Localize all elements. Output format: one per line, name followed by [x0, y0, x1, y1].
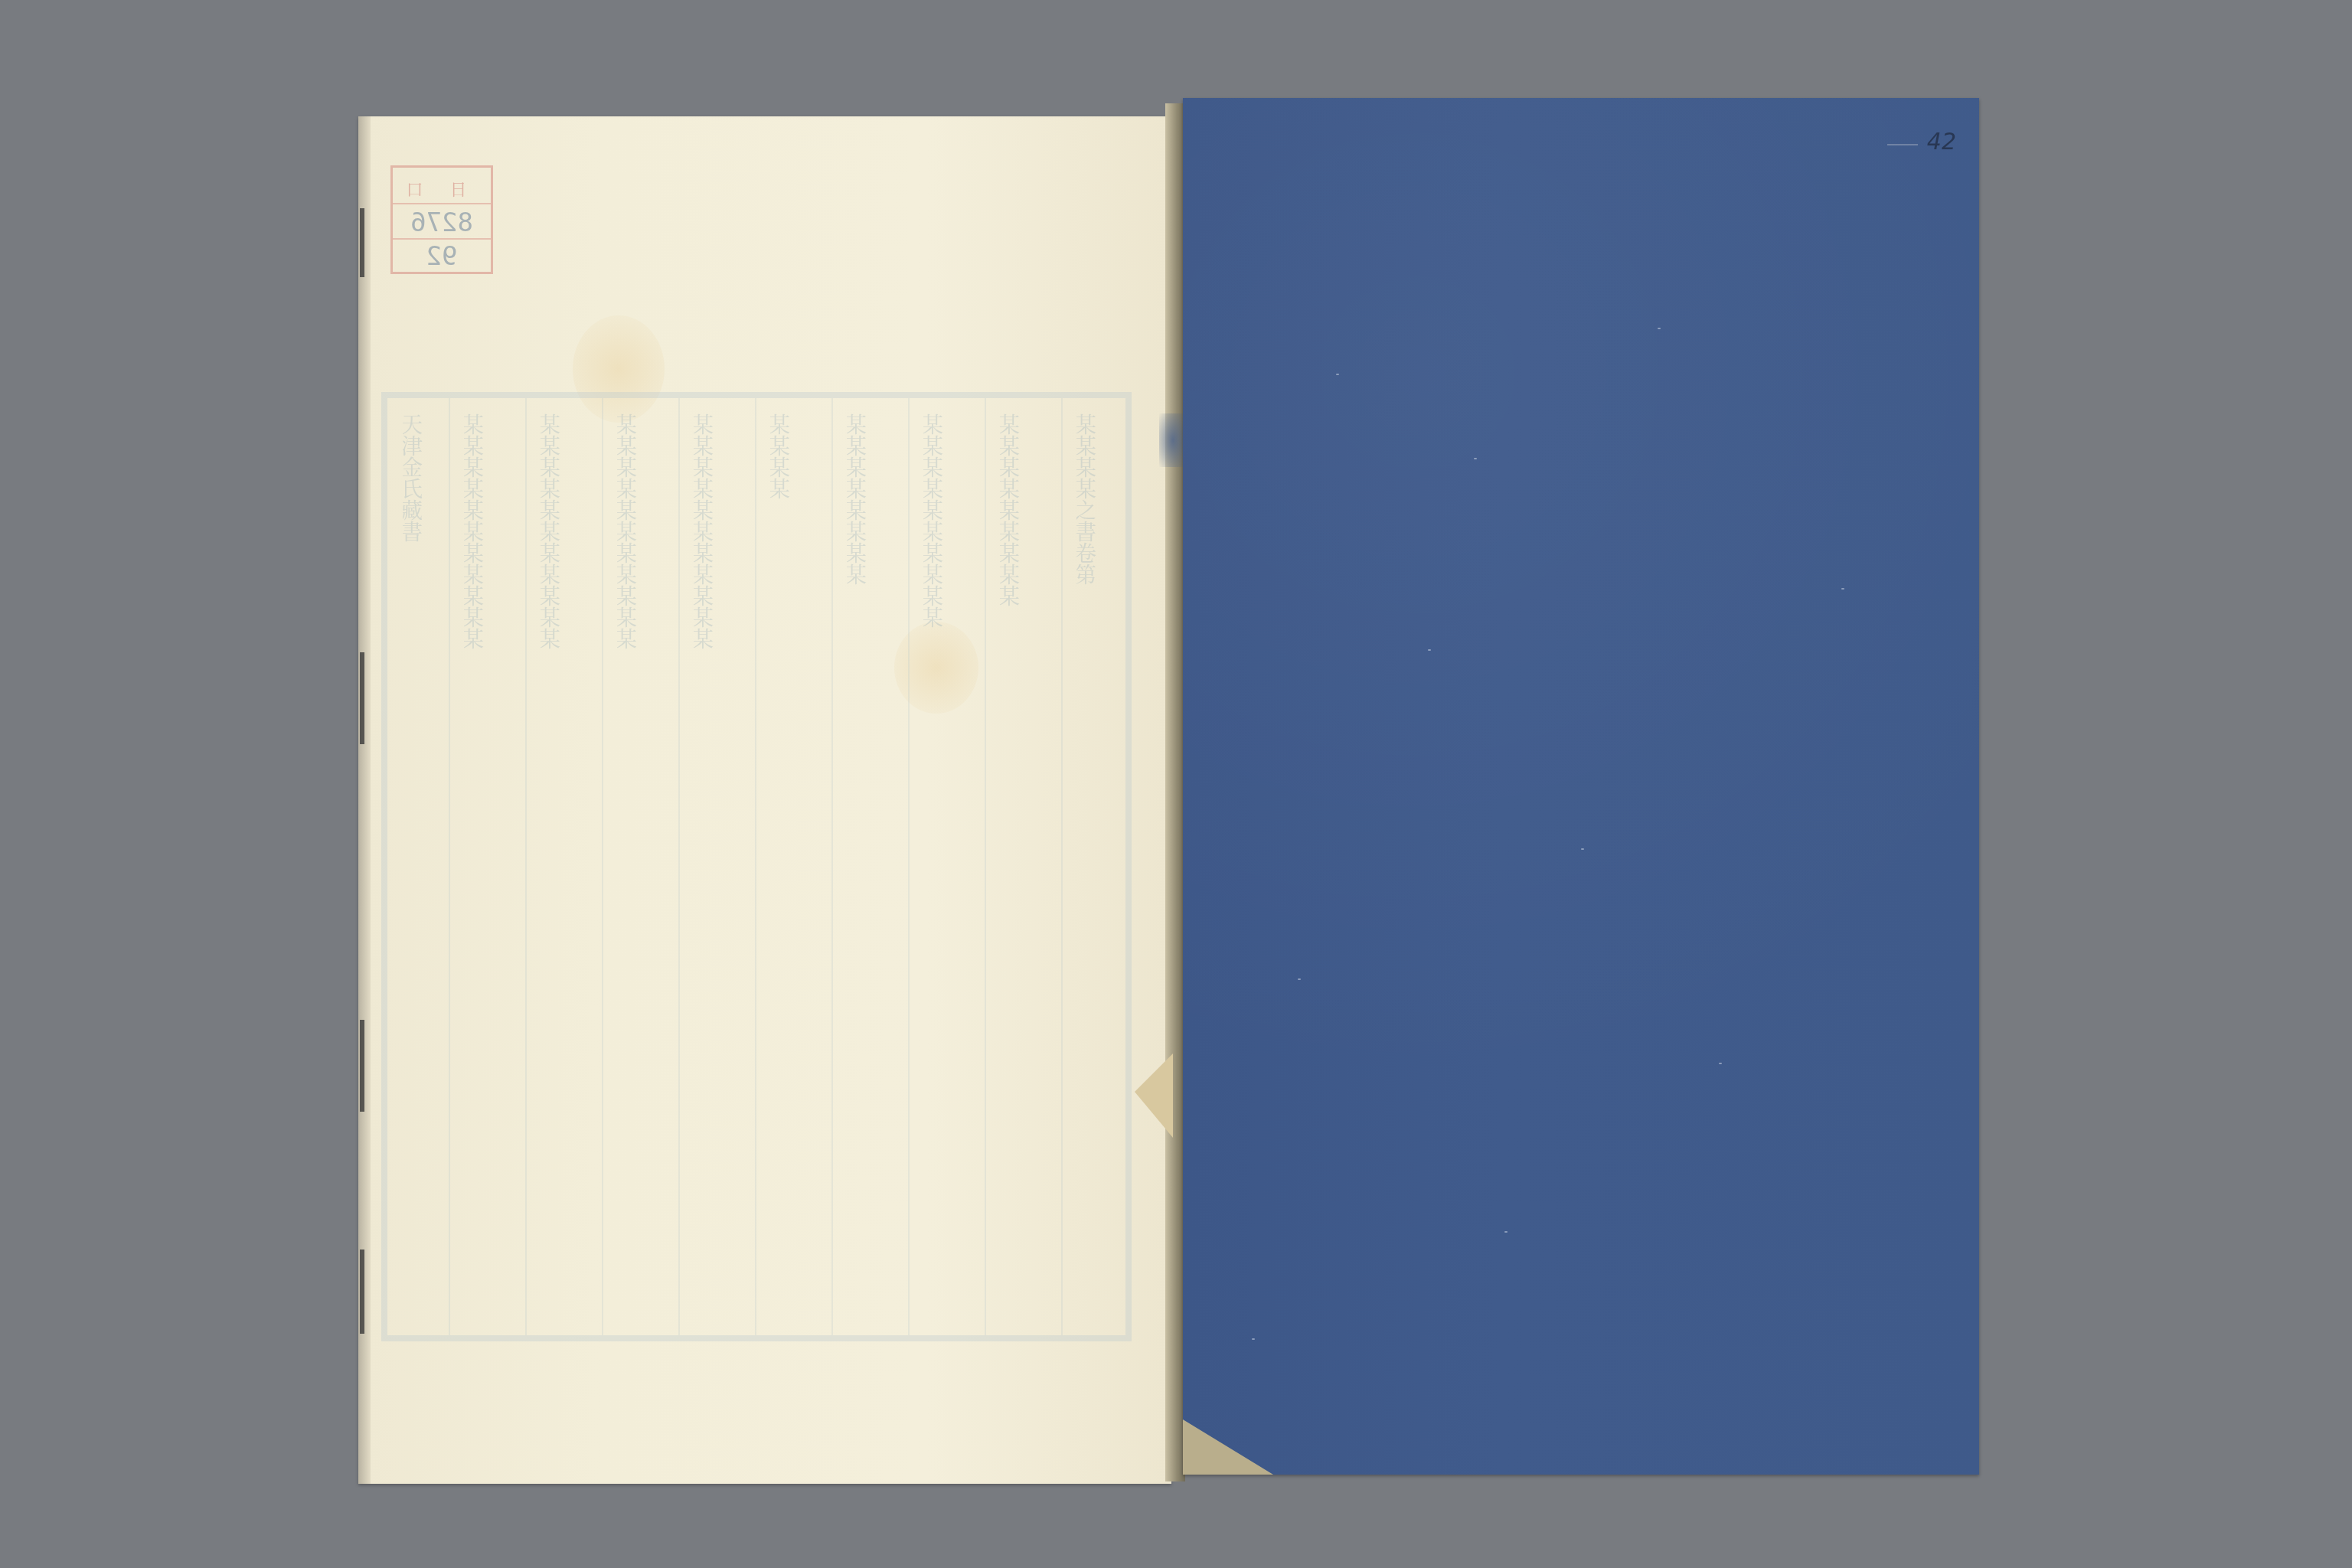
column-rule — [449, 398, 450, 1335]
paper-speck — [1719, 1063, 1722, 1064]
binding-stitch — [360, 208, 364, 277]
paper-speck — [1658, 328, 1661, 329]
text-column: 某某某某某某某某 — [847, 413, 870, 1320]
binding-stitch — [360, 652, 364, 744]
paper-speck — [1252, 1338, 1255, 1340]
paper-speck — [1581, 848, 1584, 850]
column-rule — [831, 398, 833, 1335]
text-column: 某某某某 — [770, 413, 793, 1320]
text-column: 某某某某某某某某某某 — [923, 413, 946, 1320]
library-stamp: 口 日 8276 92 — [390, 165, 493, 274]
text-column: 某某某某某某某某某 — [1000, 413, 1023, 1320]
column-rule — [755, 398, 756, 1335]
column-rule — [602, 398, 603, 1335]
blue-book-cover: 42 — [1183, 98, 1979, 1475]
paper-speck — [1298, 978, 1301, 980]
stamp-number: 8276 — [393, 207, 491, 238]
text-column: 某某某某某某某某某某某 — [694, 413, 717, 1320]
stamp-divider — [393, 238, 491, 240]
binding-stitch — [360, 1249, 364, 1334]
stamp-divider — [393, 203, 491, 204]
text-column: 某某某某某某某某某某某 — [617, 413, 640, 1320]
book-photo-scene: 口 日 8276 92 某某某某之書卷第 某某某某某某某某某 某某某某某某某某某… — [0, 0, 2352, 1568]
torn-cover-corner — [1183, 1419, 1273, 1475]
torn-paper-flap — [1135, 1053, 1173, 1138]
pencil-dash — [1887, 144, 1918, 145]
column-rule — [985, 398, 986, 1335]
text-column: 某某某某某某某某某某某 — [464, 413, 487, 1320]
paper-speck — [1474, 458, 1477, 459]
paper-speck — [1841, 588, 1844, 590]
stamp-sub-number: 92 — [393, 241, 491, 272]
pencil-mark: 42 — [1927, 129, 1956, 155]
column-rule — [908, 398, 910, 1335]
text-column: 某某某某之書卷第 — [1076, 413, 1099, 1320]
paper-speck — [1428, 649, 1431, 651]
inner-page-left: 口 日 8276 92 某某某某之書卷第 某某某某某某某某某 某某某某某某某某某… — [358, 116, 1171, 1484]
bleed-through-text-frame: 某某某某之書卷第 某某某某某某某某某 某某某某某某某某某某 某某某某某某某某 某… — [381, 392, 1132, 1341]
column-rule — [678, 398, 680, 1335]
binding-stitch — [360, 1020, 364, 1112]
column-rule — [1061, 398, 1063, 1335]
stamp-top-marks: 口 日 — [393, 177, 491, 201]
paper-speck — [1336, 374, 1339, 375]
paper-speck — [1504, 1231, 1508, 1233]
text-column: 天津金氏藏書 — [403, 413, 426, 1320]
text-column: 某某某某某某某某某某某 — [541, 413, 563, 1320]
column-rule — [525, 398, 527, 1335]
